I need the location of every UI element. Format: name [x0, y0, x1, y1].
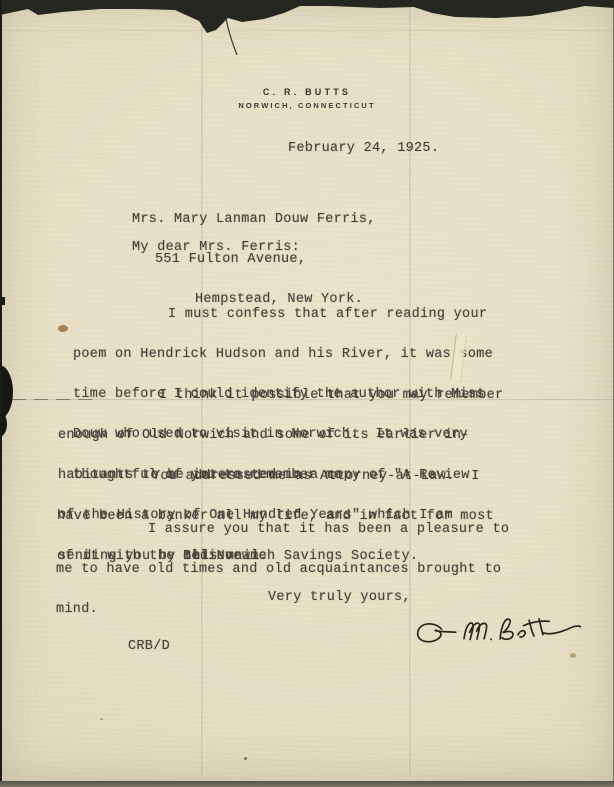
scan-edge-left: [0, 0, 2, 787]
paper-speck: [244, 757, 247, 760]
body-line: enough of Old Norwich and some of its ea…: [58, 429, 503, 442]
body-line: I think it possible that you may remembe…: [58, 389, 503, 402]
date-line: February 24, 1925.: [288, 142, 439, 155]
body-line: me to have old times and old acquaintanc…: [56, 563, 509, 576]
closing-line: Very truly yours,: [268, 591, 411, 604]
address-line: 551 Fulton Avenue,: [132, 253, 376, 266]
salutation: My dear Mrs. Ferris:: [132, 241, 300, 254]
paper-speck: [100, 718, 103, 720]
letterhead-name: C. R. BUTTS: [0, 87, 614, 97]
body-line: poem on Hendrick Hudson and his River, i…: [73, 348, 493, 361]
typist-initials: CRB/D: [128, 640, 170, 653]
paper-stain: [58, 325, 68, 332]
scan-edge-bottom: [0, 781, 614, 787]
address-line: Mrs. Mary Lanman Douw Ferris,: [132, 213, 376, 226]
letter-paper: C. R. BUTTS NORWICH, CONNECTICUT Februar…: [0, 0, 614, 781]
body-line: I must confess that after reading your: [73, 308, 493, 321]
paragraph-4: I assure you that it has been a pleasure…: [56, 496, 509, 643]
paper-stain: [570, 653, 576, 658]
body-line: You addressed me as Attorney-at-Law. I: [57, 470, 494, 483]
pre-closing-phrase: Believe me: [183, 550, 267, 563]
letterhead-location: NORWICH, CONNECTICUT: [0, 101, 614, 110]
body-line: I assure you that it has been a pleasure…: [56, 523, 509, 536]
body-line: mind.: [56, 603, 509, 616]
horizontal-fold-crease: [0, 30, 614, 32]
